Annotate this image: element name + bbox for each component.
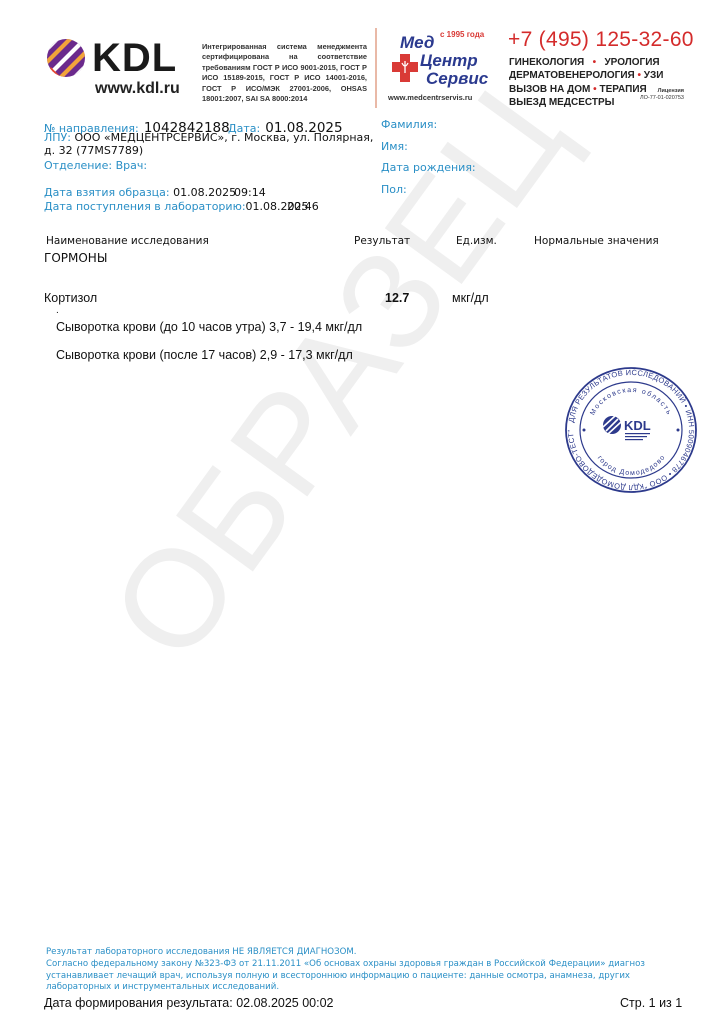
sample-date: 01.08.2025 <box>173 186 236 199</box>
kdl-globe-logo-icon <box>46 38 86 78</box>
svg-text:Мед: Мед <box>400 33 434 52</box>
red-cross-icon <box>392 54 418 82</box>
lpu-label: ЛПУ: <box>44 131 71 144</box>
watermark-text: ОБРАЗЕЦ <box>80 59 598 689</box>
svg-text:KDL: KDL <box>624 418 651 433</box>
sample-date-label: Дата взятия образца: <box>44 186 170 199</box>
column-header-reference: Нормальные значения <box>534 235 659 247</box>
column-header-name: Наименование исследования <box>46 235 209 247</box>
partner-since: с 1995 года <box>440 30 484 39</box>
section-title: ГОРМОНЫ <box>44 251 107 265</box>
generation-date: Дата формирования результата: 02.08.2025… <box>44 996 334 1010</box>
disclaimer: Результат лабораторного исследования НЕ … <box>46 947 666 994</box>
lpu-value: ООО «МЕДЦЕНТРСЕРВИС», г. Москва, ул. Пол… <box>74 131 373 144</box>
kdl-url[interactable]: www.kdl.ru <box>95 80 180 98</box>
sample-time: 09:14 <box>234 186 266 199</box>
name-label: Имя: <box>381 140 408 153</box>
license: Лицензия ЛО-77-01-020753 <box>640 88 684 102</box>
kdl-brand: KDL <box>92 36 177 80</box>
disclaimer-title: Результат лабораторного исследования НЕ … <box>46 947 666 959</box>
contact-phone[interactable]: +7 (495) 125-32-60 <box>508 28 694 52</box>
reference-line: Сыворотка крови (до 10 часов утра) 3,7 -… <box>56 320 362 334</box>
services-row: ДЕРМАТОВЕНЕРОЛОГИЯ • УЗИ <box>509 69 663 82</box>
partner-url[interactable]: www.medcentrservis.ru <box>388 93 472 102</box>
svg-text:город Домодедово: город Домодедово <box>596 454 667 478</box>
test-name: Кортизол <box>44 291 97 305</box>
surname-label: Фамилия: <box>381 118 437 131</box>
column-header-unit: Ед.изм. <box>456 235 497 247</box>
header-divider <box>375 28 377 108</box>
certification-text: Интегрированная система менеджмента серт… <box>202 42 367 104</box>
sex-label: Пол: <box>381 183 407 196</box>
doctor-label: Врач: <box>116 159 147 172</box>
department-label: Отделение: <box>44 159 112 172</box>
lab-stamp: ДЛЯ РЕЗУЛЬТАТОВ ИССЛЕДОВАНИЙ • ИНН 50090… <box>564 365 698 495</box>
test-result: 12.7 <box>385 291 409 305</box>
lab-time: 20:46 <box>287 200 319 213</box>
stamp-kdl-logo-icon <box>603 416 621 434</box>
column-header-result: Результат <box>354 235 410 247</box>
reference-line: Сыворотка крови (после 17 часов) 2,9 - 1… <box>56 348 353 362</box>
birthdate-label: Дата рождения: <box>381 161 476 174</box>
note-marker: . <box>56 305 59 316</box>
lab-date-label: Дата поступления в лабораторию: <box>44 200 246 213</box>
test-unit: мкг/дл <box>452 291 489 305</box>
svg-text:Сервис: Сервис <box>426 69 489 88</box>
disclaimer-body: Согласно федеральному закону №323-ФЗ от … <box>46 959 666 994</box>
svg-text:Центр: Центр <box>420 51 478 70</box>
page-number: Стр. 1 из 1 <box>620 996 682 1010</box>
services-row: ГИНЕКОЛОГИЯ • УРОЛОГИЯ <box>509 56 663 69</box>
lpu-value-cont: д. 32 (77MS7789) <box>44 144 143 157</box>
